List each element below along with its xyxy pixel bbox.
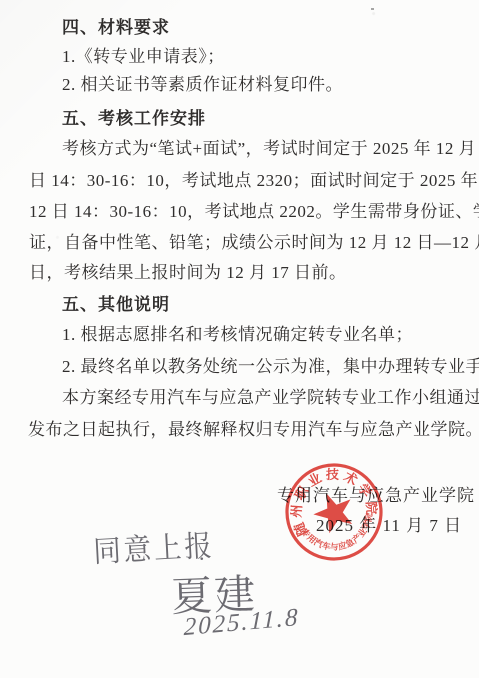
stamp-star-icon [308,486,359,536]
document-line: 2. 相关证书等素质作证材料复印件。 [62,75,343,95]
document-line: 日 14：30-16：10，考试地点 2320；面试时间定于 2025 年 12… [29,171,479,191]
handwritten-period: . [199,540,205,566]
document-line: 本方案经专用汽车与应急产业学院转专业工作小组通过，于 [62,388,479,408]
document-line: 12 日 14：30-16：10，考试地点 2202。学生需带身份证、学生 [29,202,479,222]
handwritten-date: 2025.11.8 [184,604,300,642]
section-heading: 五、其他说明 [62,295,170,315]
scan-speck [371,8,374,10]
document-line: 1. 根据志愿排名和考核情况确定转专业名单； [62,325,413,345]
document-line: 证，自备中性笔、铅笔；成绩公示时间为 12 月 12 日—12 月 15 [29,233,479,253]
section-heading: 五、考核工作安排 [62,109,206,129]
document-line: 1.《转专业申请表》； [62,47,225,67]
document-line: 发布之日起执行，最终解释权归专用汽车与应急产业学院。 [28,420,479,440]
document-line: 日，考核结果上报时间为 12 月 17 日前。 [29,263,347,283]
document-line: 2. 最终名单以教务处统一公示为准，集中办理转专业手续。 [62,357,479,377]
document-line: 考核方式为“笔试+面试”，考试时间定于 2025 年 12 月 10 [62,139,479,159]
section-heading: 四、材料要求 [62,18,170,38]
scanned-document-page: 四、材料要求1.《转专业申请表》；2. 相关证书等素质作证材料复印件。五、考核工… [0,0,479,678]
official-seal-stamp-icon: 随州职业技术学院 专用汽车与应急产业学院 [259,437,409,587]
handwritten-approval: 同意上报 [92,521,216,571]
handwritten-signature: 夏建 [170,561,258,623]
